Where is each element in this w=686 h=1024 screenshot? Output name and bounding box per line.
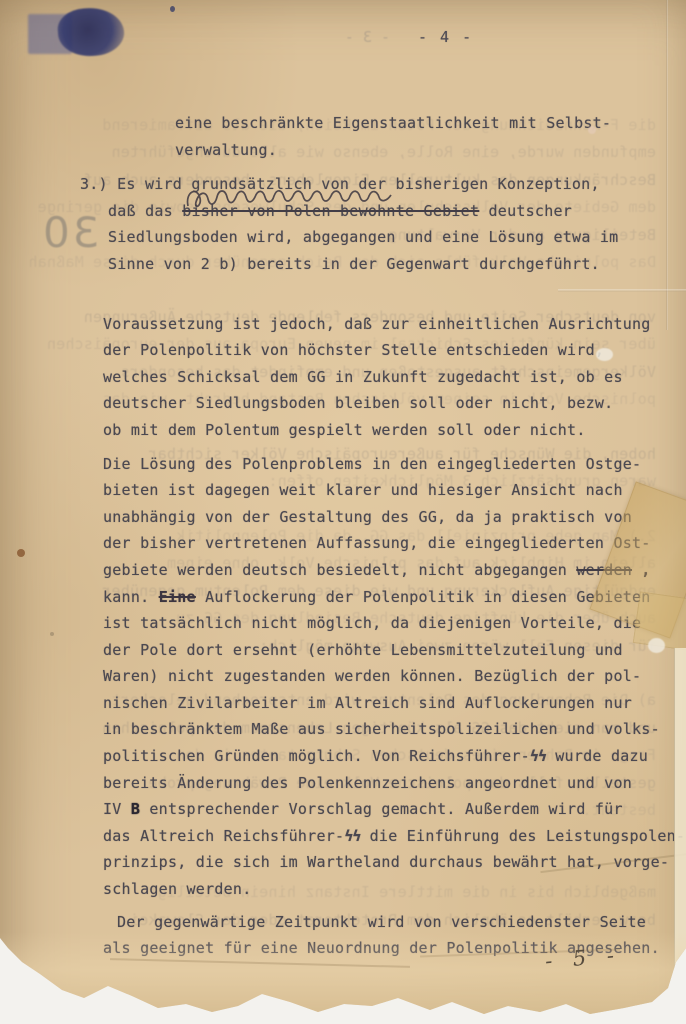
typed-line: bieten ist dagegen weit klarer und hiesi… [103,477,686,504]
typed-paragraph: eine beschränkte Eigenstaatlichkeit mit … [0,110,686,163]
typed-line: verwaltung. [175,137,686,164]
typed-line: Siedlungsboden wird, abgegangen und eine… [108,224,686,251]
torn-bottom-edge [0,932,686,1016]
typed-line: unabhängig von der Gestaltung des GG, da… [103,504,686,531]
typed-line: eine beschränkte Eigenstaatlichkeit mit … [175,110,686,137]
fold-crease [558,289,686,292]
typed-line: welches Schicksal dem GG in Zukunft zuge… [103,364,686,391]
typed-line: schlagen werden. [103,876,686,903]
scuff-mark [596,348,613,361]
typed-paragraph: Voraussetzung ist jedoch, daß zur einhei… [0,311,686,444]
page-number: - 4 - [418,28,473,46]
scuff-mark [588,126,596,134]
typed-text: eine beschränkte Eigenstaatlichkeit mit … [0,110,686,962]
fold-crease [666,0,668,330]
ink-speck [170,6,175,12]
typed-line: bereits Änderung des Polenkennzeichens a… [103,770,686,797]
handwritten-scribble [182,182,432,212]
typed-line: gebiete werden deutsch besiedelt, nicht … [103,557,686,584]
stain-speck [17,549,25,557]
typed-line: prinzips, die sich im Wartheland durchau… [103,849,686,876]
bleedthrough-page-number: - 3 - [300,28,390,46]
typed-line: Sinne von 2 b) bereits in der Gegenwart … [108,251,686,278]
typed-line: deutscher Siedlungsboden bleiben soll od… [103,390,686,417]
typed-paragraph: Die Lösung des Polenproblems in den eing… [0,451,686,903]
scuff-mark [648,638,665,653]
ink-stamp [28,6,158,70]
scanned-document-page: { "document": { "page_number_top": "- 4 … [0,0,686,1024]
typed-line: das Altreich Reichsführer-ϟϟ die Einführ… [103,823,686,850]
stain-speck [50,632,54,636]
typed-line: ob mit dem Polentum gespielt werden soll… [103,417,686,444]
typed-line: nischen Zivilarbeiter im Altreich sind A… [103,690,686,717]
typed-line: politischen Gründen möglich. Von Reichsf… [103,743,686,770]
typed-line: Voraussetzung ist jedoch, daß zur einhei… [103,311,686,338]
typed-line: ist tatsächlich nicht möglich, da diejen… [103,610,686,637]
typed-line: Die Lösung des Polenproblems in den eing… [103,451,686,478]
typed-line: in beschränktem Maße aus sicherheitspoli… [103,716,686,743]
typed-line: der bisher vertretenen Auffassung, die e… [103,530,686,557]
typed-line: IV B entsprechender Vorschlag gemacht. A… [103,796,686,823]
typed-line: Waren) nicht zugestanden werden können. … [103,663,686,690]
typed-line: der Pole dort ersehnt (erhöhte Lebensmit… [103,637,686,664]
paper-sheet: - 3 - 30 die F-Kennzeichnung der Polen i… [0,0,686,1024]
